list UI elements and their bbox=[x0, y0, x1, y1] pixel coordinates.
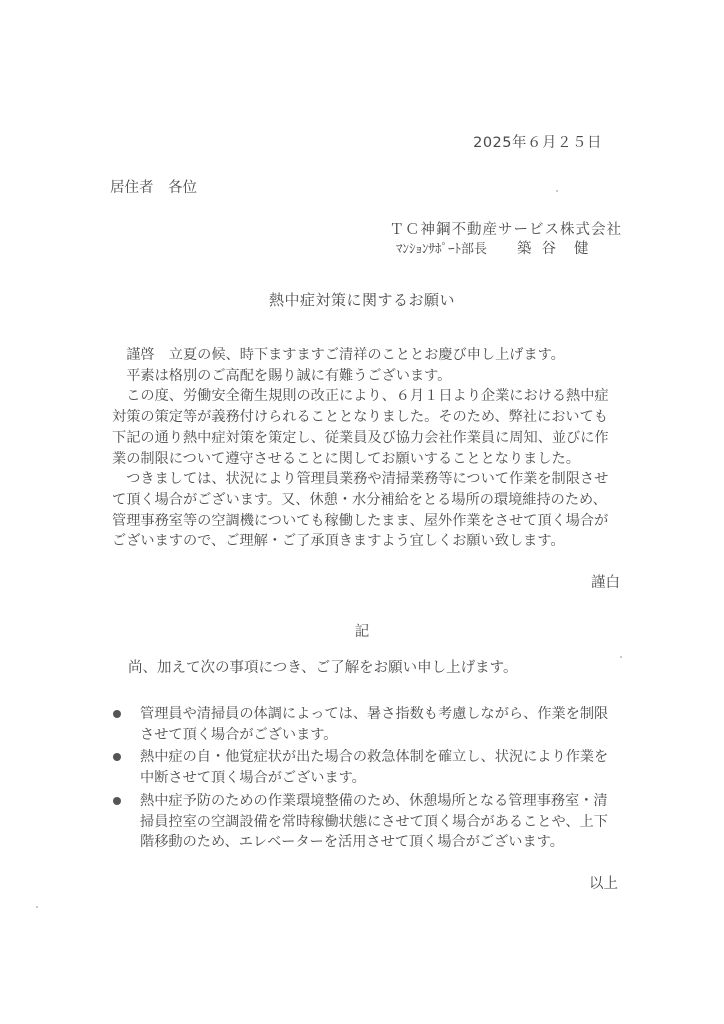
document-date: 2025年６月２５日 bbox=[473, 131, 602, 152]
scan-speck bbox=[36, 906, 38, 908]
list-item-text: 管理員や清掃員の体調によっては、暑さ指数も考慮しながら、作業を制限させて頂く場合… bbox=[140, 706, 608, 743]
body-paragraph: 平素は格別のご高配を賜り誠に有難うございます。 bbox=[112, 366, 617, 387]
closing-word: 謹白 bbox=[591, 571, 620, 592]
end-word: 以上 bbox=[589, 872, 618, 893]
sender-surname: 築谷 bbox=[517, 241, 566, 257]
body-text: 謹啓 立夏の候、時下ますますご清祥のこととお慶び申し上げます。 平素は格別のご高… bbox=[112, 345, 617, 552]
sender-company: ＴＣ神鋼不動産サービス株式会社 bbox=[390, 218, 623, 239]
list-item-text: 熱中症予防のための作業環境整備のため、休憩場所となる管理事務室・清掃員控室の空調… bbox=[140, 793, 608, 850]
list-item: 熱中症予防のための作業環境整備のため、休憩場所となる管理事務室・清掃員控室の空調… bbox=[110, 791, 620, 853]
bullet-icon bbox=[113, 710, 121, 718]
bullet-icon bbox=[113, 797, 121, 805]
scan-speck bbox=[620, 656, 622, 658]
body-paragraph: 謹啓 立夏の候、時下ますますご清祥のこととお慶び申し上げます。 bbox=[112, 345, 617, 366]
body-paragraph: つきましては、状況により管理員業務や清掃業務等について作業を制限させて頂く場合が… bbox=[112, 469, 617, 552]
body-paragraph: この度、労働安全衛生規則の改正により、６月１日より企業における熱中症対策の策定等… bbox=[112, 386, 617, 469]
sender-given-name: 健 bbox=[574, 241, 589, 257]
sender-title: ﾏﾝｼｮﾝｻﾎﾟｰﾄ部長 bbox=[396, 242, 487, 257]
list-item-text: 熱中症の自・他覚症状が出た場合の救急体制を確立し、状況により作業を中断させて頂く… bbox=[140, 749, 608, 786]
document-title: 熱中症対策に関するお願い bbox=[0, 289, 724, 310]
ki-heading: 記 bbox=[0, 620, 724, 641]
bullet-list: 管理員や清掃員の体調によっては、暑さ指数も考慮しながら、作業を制限させて頂く場合… bbox=[110, 704, 620, 855]
scan-speck bbox=[556, 190, 558, 192]
bullet-icon bbox=[113, 753, 121, 761]
addressee: 居住者 各位 bbox=[110, 176, 197, 197]
note-intro: 尚、加えて次の事項につき、ご了解をお願い申し上げます。 bbox=[128, 656, 517, 677]
list-item: 管理員や清掃員の体調によっては、暑さ指数も考慮しながら、作業を制限させて頂く場合… bbox=[110, 704, 620, 745]
sender-line: ﾏﾝｼｮﾝｻﾎﾟｰﾄ部長築谷健 bbox=[396, 237, 589, 258]
list-item: 熱中症の自・他覚症状が出た場合の救急体制を確立し、状況により作業を中断させて頂く… bbox=[110, 747, 620, 788]
